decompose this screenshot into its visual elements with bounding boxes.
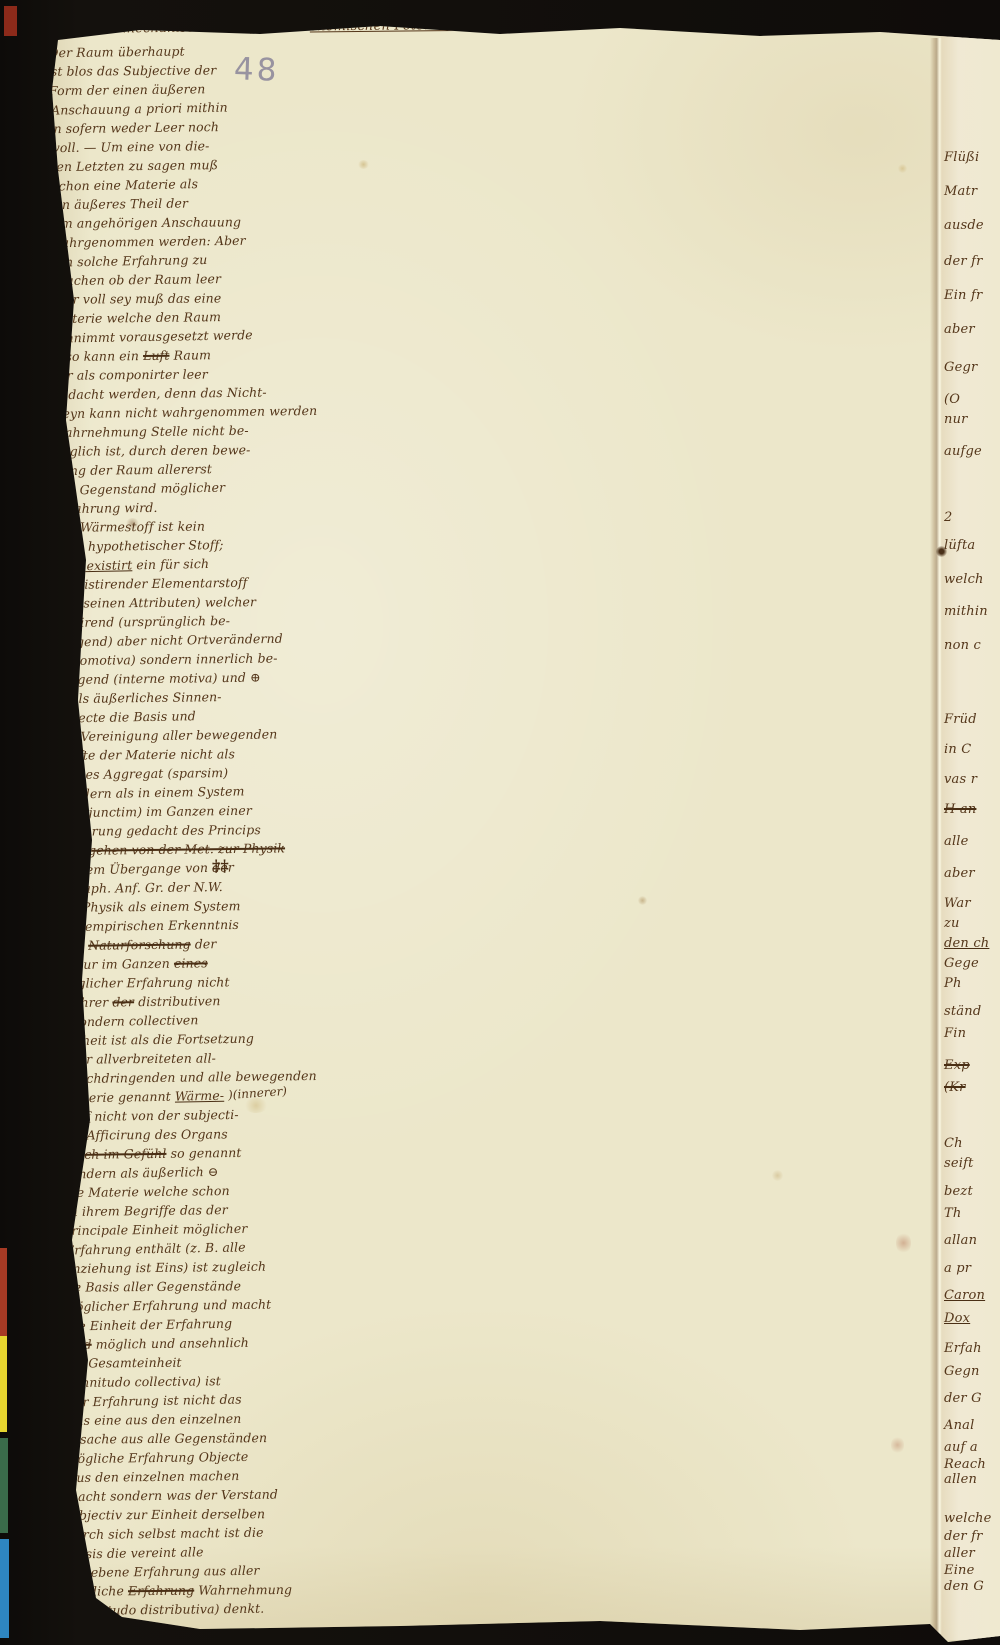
facing-page-fragment-line: allen <box>944 1472 977 1487</box>
heading-text: u <box>292 19 309 34</box>
handwriting-line: Der Raum überhaupt <box>48 41 234 62</box>
facing-page-fragment-line: (O <box>944 392 960 407</box>
handwriting-line: in sofern weder Leer noch <box>49 117 235 138</box>
handwriting-line: (mit seinen Attributen) welcher <box>53 592 239 612</box>
facing-page-fragment-line: ständ <box>944 1004 981 1019</box>
handwriting-line: Materie genannt Wärme- <box>63 1085 249 1107</box>
facing-page-fragment-line: Dox <box>944 1311 970 1326</box>
insertion-mark-icon: ‡‡ <box>212 856 229 875</box>
facing-page-fragment-line: nur <box>944 412 968 427</box>
facing-page-fragment-line: 2 <box>944 510 952 525</box>
facing-page-fragment-line: Gege <box>944 956 979 971</box>
handwriting-line: zur Physik als einem System <box>57 896 243 916</box>
handwriting-line: objecte die Basis und <box>58 705 244 727</box>
handwriting-line: ein Gegenstand möglicher <box>56 477 242 499</box>
paper-stain <box>891 1436 904 1454</box>
facing-page-fragment-line: aufge <box>944 444 982 459</box>
handwriting-line: Die Gesamteinheit <box>62 1352 248 1372</box>
facing-page-fragment-line: Reach <box>944 1457 986 1472</box>
facing-page-fragment-line: a pr <box>944 1261 971 1276</box>
handwriting-line: einnimmt vorausgesetzt werde <box>54 325 240 347</box>
handwriting-line: Anschauung a priori mithin <box>51 97 237 119</box>
handwriting-line: mögliche Erfahrung Wahrnehmung <box>65 1580 251 1600</box>
handwriting-line: ‡ sondern collectiven <box>62 1009 248 1031</box>
facing-page-fragment-line: bezt <box>944 1184 973 1199</box>
handwriting-line: ven Afficirung des Organs <box>60 1124 246 1144</box>
handwriting-line: die Vereinigung aller bewegenden <box>57 725 243 746</box>
facing-page-fragment-line: Matr <box>944 184 977 199</box>
handwriting-line: der Naturforschung der <box>62 934 248 955</box>
handwriting-line: stoff nicht von der subjecti- <box>61 1105 247 1126</box>
handwriting-line: subsistirender Elementarstoff <box>55 573 241 594</box>
handwriting-line: seyn kann nicht wahrgenommen werden <box>56 402 242 423</box>
facing-page-fragment-line: Erfah <box>944 1341 982 1356</box>
handwriting-line: weglich ist, durch deren bewe- <box>51 440 237 460</box>
color-calibration-strip-green <box>0 1438 8 1533</box>
handwriting-line: (locomotiva) sondern innerlich be- <box>56 649 242 670</box>
handwriting-line: Ursache aus alle Gegenständen <box>63 1428 249 1448</box>
page-fold-line <box>930 38 942 1634</box>
facing-page-fragment-line: ausde <box>944 218 984 233</box>
handwriting-line: (conjunctim) im Ganzen einer <box>61 801 247 822</box>
heading-line: Von den mechanischen der festen u chemis… <box>64 18 456 37</box>
handwriting-line: gedacht werden, denn das Nicht- <box>53 383 239 404</box>
facing-page-fragment-line: vas r <box>944 772 977 787</box>
handwriting-line: Erfahrung enthält (z. B. alle <box>65 1237 251 1259</box>
facing-page-fragment-line: Gegn <box>944 1364 980 1379</box>
facing-page-fragment-line: Gegr <box>944 360 977 375</box>
handwriting-line: subjectiv zur Einheit derselben <box>64 1504 250 1524</box>
paper-stain <box>638 896 647 905</box>
facing-page-fragment-line: aber <box>944 322 975 337</box>
facing-page-fragment-line: welche <box>944 1511 992 1526</box>
handwriting-line: Basis die vereint alle <box>69 1541 255 1563</box>
facing-page-fragment-line: allan <box>944 1233 977 1248</box>
handwriting-line: wegend) aber nicht Ortverändernd <box>58 629 244 651</box>
handwriting-line: voll. — Um eine von die- <box>53 136 239 157</box>
facing-page-fragment-line: Ch <box>944 1136 963 1151</box>
handwriting-line: nur als componirter leer <box>50 364 236 384</box>
handwriting-line: machen ob der Raum leer <box>54 269 240 290</box>
facing-page-fragment-line: aller <box>944 1546 975 1561</box>
handwriting-line: (omnitudo distributiva) denkt. <box>70 1599 256 1620</box>
facing-page-fragment-line: alle <box>944 834 969 849</box>
color-calibration-strip-yellow <box>0 1336 7 1432</box>
handwriting-line: Also kann ein Luft Raum <box>52 345 238 366</box>
handwriting-line: macht sondern was der Verstand <box>66 1485 252 1506</box>
paper-sheet: Von den mechanischen der festen u chemis… <box>0 0 1000 1645</box>
handwriting-line: Erfahrung wird. <box>54 497 240 518</box>
handwriting-line: ihm angehörigen Anschauung <box>49 212 235 232</box>
facing-page-fragment-line: mithin <box>944 604 988 619</box>
facing-page-fragment-line: den ch <box>944 936 989 951</box>
handwriting-line: in ihrem Begriffe das der <box>66 1200 252 1221</box>
facing-page-fragment-line: Eine <box>944 1563 975 1578</box>
handwriting-line: Kräfte der Materie nicht als <box>55 744 241 764</box>
handwriting-line: was eine aus den einzelnen <box>65 1409 251 1430</box>
heading-text: Von den <box>64 21 123 37</box>
facing-page-fragment-line: den G <box>944 1579 984 1594</box>
page-number-pencil: 48 <box>233 51 280 89</box>
handwriting-line: oder voll sey muß das eine <box>49 288 235 308</box>
facing-page-fragment-line: seift <box>944 1156 974 1171</box>
handwriting-line: Wahrnehmung Stelle nicht be- <box>53 421 239 442</box>
facing-page-fragment-line: der fr <box>944 254 983 269</box>
facing-page-fragment-line: Früd <box>944 712 977 727</box>
heading-struck-text: mechanischen der festen <box>123 20 293 37</box>
facing-page-fragment-line: auf a <box>944 1440 978 1455</box>
facing-page-fragment-line: H an <box>944 802 976 817</box>
handwriting-line: wegend (interne motiva) und ⊕ <box>59 668 245 689</box>
handwriting-line: der empirischen Erkenntnis <box>59 915 245 936</box>
facing-page-fragment-line: der G <box>944 1391 982 1406</box>
handwriting-line: Einheit ist als die Fortsetzung <box>60 1029 246 1050</box>
heading-underlined-text: chemischen Potenzen <box>310 18 457 35</box>
facing-page-fragment-line: Ein fr <box>944 288 982 303</box>
handwriting-line: Natur im Ganzen eines <box>60 953 246 974</box>
handwriting-line: ist blos das Subjective der <box>47 60 233 80</box>
facing-page-fragment-line: Caron <box>944 1288 985 1303</box>
handwriting-line: möglicher Erfahrung nicht <box>58 972 244 992</box>
paper-stain <box>772 1170 783 1181</box>
facing-page-fragment-line: Flüßi <box>944 150 979 165</box>
calibration-patch-red <box>4 6 17 36</box>
handwriting-line: sondern als äußerlich ⊖ <box>64 1161 250 1183</box>
facing-page-fragment-line: zu <box>944 916 960 931</box>
facing-page-fragment-line: non c <box>944 638 981 653</box>
handwriting-line: gegebene Erfahrung aus aller <box>67 1561 253 1582</box>
facing-page-fragment-line: Fin <box>944 1026 966 1041</box>
handwriting-line: Erfahrung gedacht des Princips <box>56 820 242 840</box>
handwriting-line: die Basis aller Gegenstände <box>61 1276 247 1296</box>
facing-page-fragment-line: der fr <box>944 1529 983 1544</box>
handwriting-line: einer allverbreiteten all- <box>59 1048 245 1068</box>
paper-stain <box>358 160 369 169</box>
marginal-note: )(innerer) <box>228 1084 288 1102</box>
facing-page-fragment-line: (Kr <box>944 1080 966 1095</box>
handwriting-line: mögliche Erfahrung Objecte <box>66 1447 252 1468</box>
handwriting-line: der Erfahrung ist nicht das <box>67 1389 253 1411</box>
facing-page-fragment-line: Anal <box>944 1418 974 1433</box>
handwriting-line: und möglich und ansehnlich <box>67 1333 253 1354</box>
facing-page-fragment-line: welch <box>944 572 984 587</box>
handwriting-line: Anziehung ist Eins) ist zugleich <box>63 1257 249 1278</box>
facing-page-fragments: FlüßiMatrausdeder frEin fraberGegr(Onura… <box>942 0 1000 1645</box>
facing-page-fragment-line: aber <box>944 866 975 881</box>
handwriting-line: Der Wärmestoff ist kein <box>52 516 238 536</box>
manuscript-left-column: Der Raum überhauptist blos das Subjectiv… <box>48 41 253 1620</box>
color-calibration-strip-blue <box>0 1539 9 1638</box>
handwriting-line: schon eine Materie als <box>52 173 238 195</box>
facing-page-fragment-line: Ph <box>944 976 962 991</box>
facing-page-fragment-line: lüfta <box>944 538 975 553</box>
paper-stain <box>896 1232 911 1254</box>
facing-page-fragment-line: War <box>944 896 971 911</box>
handwriting-line: ein äußeres Theil der <box>50 193 236 214</box>
handwriting-line: metaph. Anf. Gr. der N.W. <box>59 877 245 898</box>
facing-page-fragment-line: Exp <box>944 1058 970 1073</box>
facing-page-fragment-line: Th <box>944 1206 961 1221</box>
handwriting-line: ‡ Er existirt ein für sich <box>57 553 243 575</box>
facing-page-fragment-line: in C <box>944 742 971 757</box>
handwriting-line: Die Materie welche schon <box>62 1181 248 1202</box>
scan-background: Von den mechanischen der festen u chemis… <box>0 0 1000 1645</box>
color-calibration-strip-red <box>0 1248 7 1336</box>
paper-stain <box>898 164 907 173</box>
handwriting-line: aus den einzelnen machen <box>69 1466 255 1487</box>
